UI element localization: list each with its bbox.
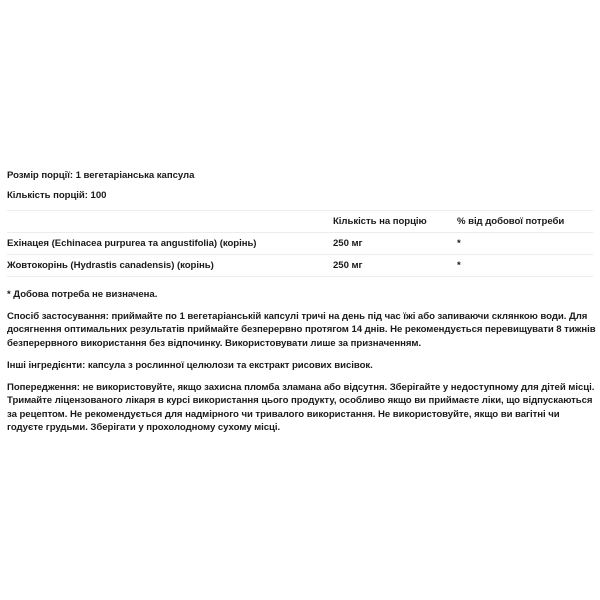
supplement-facts-table: Кількість на порцію % від добової потреб…	[7, 210, 593, 277]
directions-paragraph: Спосіб застосування: приймайте по 1 веге…	[7, 310, 597, 350]
ingredient-daily-value: *	[457, 238, 593, 249]
table-header-row: Кількість на порцію % від добової потреб…	[7, 211, 593, 233]
servings-per-container: Кількість порцій: 100	[7, 190, 593, 202]
header-daily-value: % від добової потреби	[457, 216, 593, 227]
serving-size-label: Розмір порції:	[7, 170, 73, 181]
servings-value: 100	[91, 190, 107, 201]
ingredient-daily-value: *	[457, 260, 593, 271]
servings-label: Кількість порцій:	[7, 190, 88, 201]
serving-size: Розмір порції: 1 вегетаріанська капсула	[7, 170, 593, 182]
header-amount-per-serving: Кількість на порцію	[333, 216, 457, 227]
table-row: Ехінацея (Echinacea purpurea та angustif…	[7, 233, 593, 255]
ingredient-name: Жовтокорінь (Hydrastis canadensis) (корі…	[7, 260, 333, 271]
daily-value-footnote: * Добова потреба не визначена.	[7, 289, 593, 301]
ingredient-amount: 250 мг	[333, 260, 457, 271]
ingredient-amount: 250 мг	[333, 238, 457, 249]
serving-size-value: 1 вегетаріанська капсула	[76, 170, 195, 181]
warnings-paragraph: Попередження: не використовуйте, якщо за…	[7, 381, 597, 434]
table-row: Жовтокорінь (Hydrastis canadensis) (корі…	[7, 255, 593, 277]
supplement-facts-document: Розмір порції: 1 вегетаріанська капсула …	[7, 170, 593, 434]
ingredient-name: Ехінацея (Echinacea purpurea та angustif…	[7, 238, 333, 249]
other-ingredients-paragraph: Інші інгредієнти: капсула з рослинної це…	[7, 359, 597, 372]
